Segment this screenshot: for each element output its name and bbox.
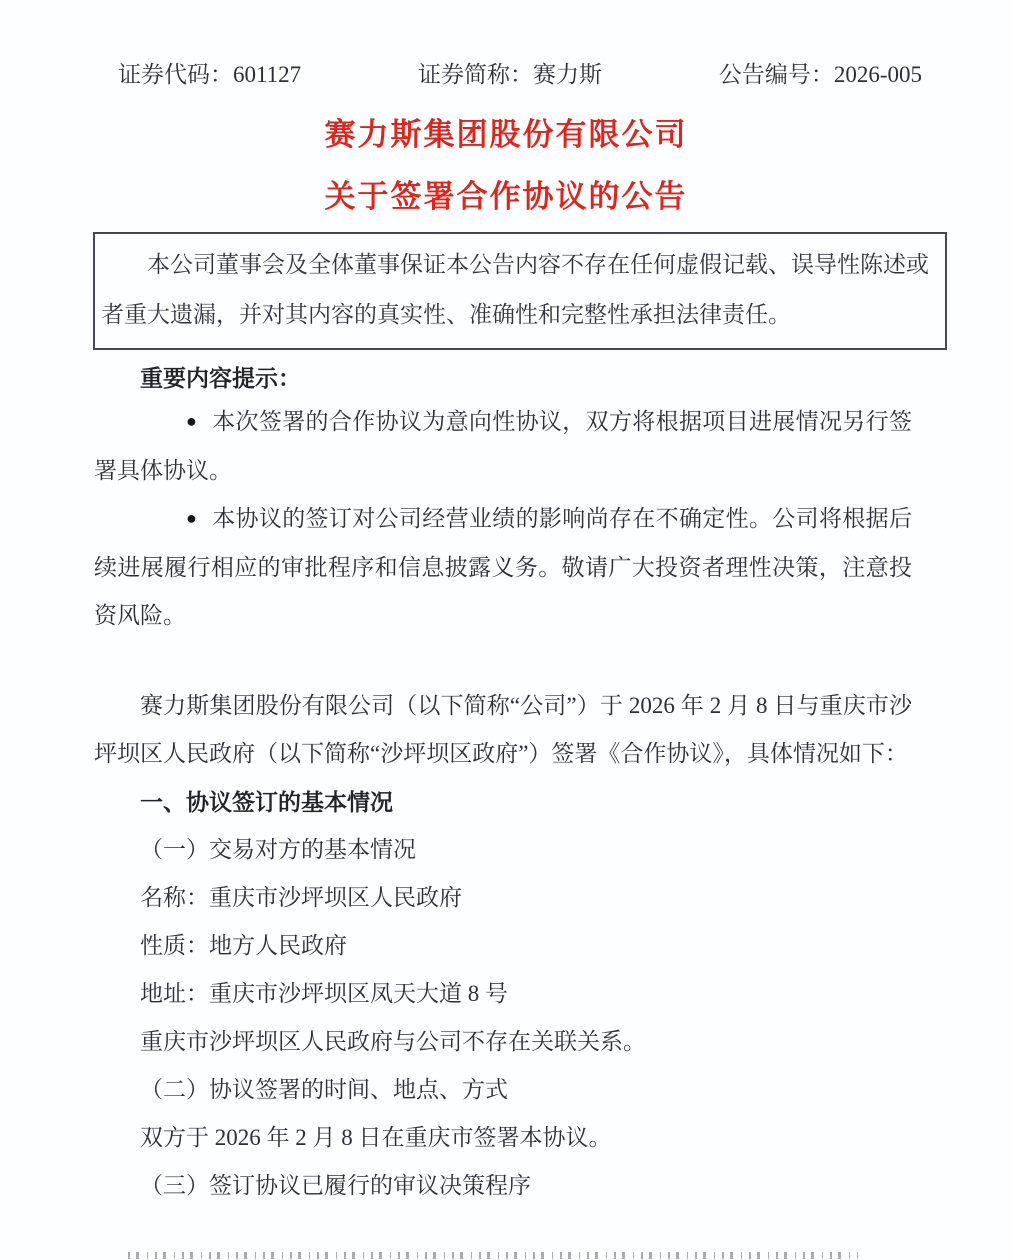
bullet-item: ●本协议的签订对公司经营业绩的影响尚存在不确定性。公司将根据后续进展履行相应的审… [94,495,912,640]
section1-heading: 一、协议签订的基本情况 [94,778,912,826]
board-statement-text: 本公司董事会及全体董事保证本公告内容不存在任何虚假记载、误导性陈述或者重大遗漏，… [101,240,929,340]
document-header: 证券代码：601127 证券简称：赛力斯 公告编号：2026-005 [0,0,1012,88]
bullet-text: 本次签署的合作协议为意向性协议，双方将根据项目进展情况另行签署具体协议。 [94,409,912,483]
stock-code: 证券代码：601127 [118,62,301,88]
info-line-address: 地址：重庆市沙坪坝区凤天大道 8 号 [94,970,912,1018]
subsection1-heading: （一）交易对方的基本情况 [94,826,912,874]
bullet-icon: ● [140,397,197,445]
info-line-relation: 重庆市沙坪坝区人民政府与公司不存在关联关系。 [94,1018,912,1066]
clipped-next-line [128,1252,858,1259]
page-title-line1: 赛力斯集团股份有限公司 [0,104,1012,166]
board-statement-box: 本公司董事会及全体董事保证本公告内容不存在任何虚假记载、误导性陈述或者重大遗漏，… [93,232,947,350]
intro-paragraph: 赛力斯集团股份有限公司（以下简称“公司”）于 2026 年 2 月 8 日与重庆… [94,682,912,778]
title-block: 赛力斯集团股份有限公司 关于签署合作协议的公告 [0,104,1012,228]
subsection2-heading: （二）协议签署的时间、地点、方式 [94,1066,912,1114]
info-line-name: 名称：重庆市沙坪坝区人民政府 [94,874,912,922]
announcement-page: 证券代码：601127 证券简称：赛力斯 公告编号：2026-005 赛力斯集团… [0,0,1012,1260]
page-title-line2: 关于签署合作协议的公告 [0,166,1012,228]
subsection2-text: 双方于 2026 年 2 月 8 日在重庆市签署本协议。 [94,1114,912,1162]
bullet-icon: ● [140,494,197,542]
subsection3-heading: （三）签订协议已履行的审议决策程序 [94,1162,912,1210]
document-body: 重要内容提示： ●本次签署的合作协议为意向性协议，双方将根据项目进展情况另行签署… [0,358,1012,1210]
info-line-nature: 性质：地方人民政府 [94,922,912,970]
bullet-text: 本协议的签订对公司经营业绩的影响尚存在不确定性。公司将根据后续进展履行相应的审批… [94,506,912,628]
announcement-number: 公告编号：2026-005 [719,62,922,88]
bullet-item: ●本次签署的合作协议为意向性协议，双方将根据项目进展情况另行签署具体协议。 [94,398,912,495]
stock-name: 证券简称：赛力斯 [418,62,602,88]
important-notice-heading: 重要内容提示： [94,358,912,398]
